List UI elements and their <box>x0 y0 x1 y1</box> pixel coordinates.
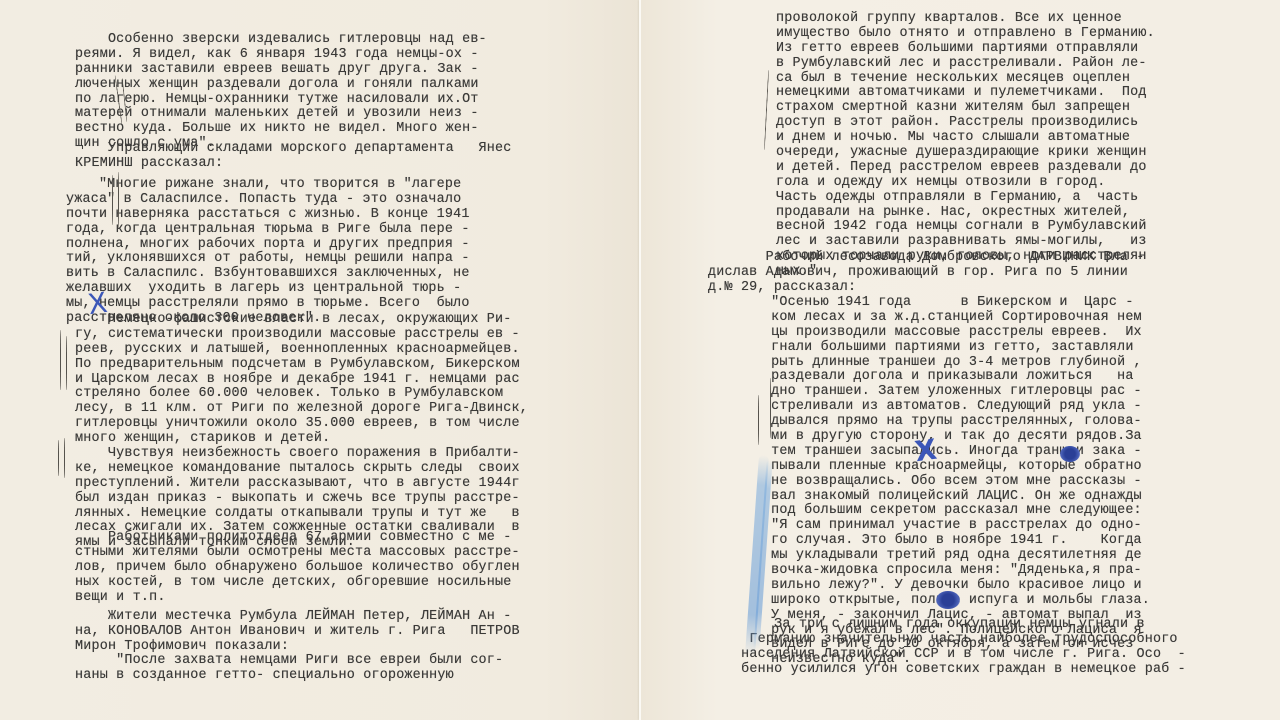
text-line: реями. Я видел, как 6 января 1943 года н… <box>75 48 487 63</box>
text-line: вестно куда. Больше их никто не видел. М… <box>75 122 487 137</box>
text-line: очереди, ужасные душераздирающие крики ж… <box>776 146 1155 161</box>
text-line: лес и заставили разравнивать ямы-могилы,… <box>776 235 1155 250</box>
text-line: населения Латвийской ССР и в том числе г… <box>700 648 1186 663</box>
text-line: Работниками политотдела 67 армии совмест… <box>75 531 520 546</box>
left-paragraph-6: Работниками политотдела 67 армии совмест… <box>75 531 520 605</box>
left-paragraph-7: Жители местечка Румбула ЛЕЙМАН Петер, ЛЕ… <box>75 610 520 655</box>
text-line: дислав Адамович, проживающий в гор. Рига… <box>708 266 1145 281</box>
text-line: мы укладывали третий ряд одна десятилетн… <box>730 549 1150 564</box>
text-line: дно траншеи. Затем уложенных гитлеровцы … <box>730 385 1150 400</box>
pencil-margin-mark <box>112 175 113 225</box>
text-line: тем траншеи засыпались. Иногда траншеи з… <box>730 445 1150 460</box>
text-line: под большим секретом рассказал мне следу… <box>730 504 1150 519</box>
text-line: матерей отнимали маленьких детей и увози… <box>75 107 487 122</box>
pencil-margin-mark <box>758 395 759 445</box>
text-line: люченных женщин раздевали догола и гонял… <box>75 78 487 93</box>
text-line: лянных. Немецкие солдаты откапывали труп… <box>75 507 520 522</box>
blue-ink-x-mark: X <box>86 289 109 319</box>
text-line: на, КОНОВАЛОВ Антон Иванович и житель г.… <box>75 625 520 640</box>
text-line: ке, немецкое командование пыталось скрыт… <box>75 462 520 477</box>
text-line: д.№ 29, рассказал: <box>708 281 1145 296</box>
text-line: реев, русских и латышей, военнопленных к… <box>75 343 528 358</box>
text-line: и днем и ночью. Мы часто слышали автомат… <box>776 131 1155 146</box>
text-line: желавших уходить в лагерь из центральной… <box>66 282 470 297</box>
right-paragraph-4: За три с лишним года оккупации немцы угн… <box>700 618 1186 678</box>
text-line: КРЕМИНШ рассказал: <box>75 157 512 172</box>
left-paragraph-1: Особенно зверски издевались гитлеровцы н… <box>75 33 487 152</box>
text-line: доступ в этот район. Расстрелы производи… <box>776 116 1155 131</box>
pencil-margin-mark <box>66 336 67 390</box>
text-line: цы производили массовые расстрелы евреев… <box>730 326 1150 341</box>
text-line: са был в течение нескольких месяцев оцеп… <box>776 72 1155 87</box>
blue-ink-blot <box>1060 446 1080 462</box>
text-line: ужаса" в Саласпилсе. Попасть туда - это … <box>66 193 470 208</box>
text-line: наны в созданное гетто- специально огоро… <box>75 669 503 684</box>
left-paragraph-3-quote-kreminsh: "Многие рижане знали, что творится в "ла… <box>66 178 470 327</box>
text-line: Управляющий складами морского департамен… <box>75 142 512 157</box>
text-line: "После захвата немцами Риги все евреи бы… <box>75 654 503 669</box>
text-line: лесу, в 11 клм. от Риги по железной доро… <box>75 402 528 417</box>
text-line: Жители местечка Румбула ЛЕЙМАН Петер, ЛЕ… <box>75 610 520 625</box>
right-paragraph-3-quote-darvinik: "Осенью 1941 года в Бикерском и Царс - к… <box>730 296 1150 668</box>
text-line: почти наверняка расстаться с жизнью. В к… <box>66 208 470 223</box>
blue-ink-blot <box>936 591 960 609</box>
pencil-margin-mark <box>58 440 59 476</box>
text-line: Рабочий лесозавода Домбровского ДАРВИНИК… <box>708 251 1145 266</box>
left-paragraph-4: Немецко-фашистские власти в лесах, окруж… <box>75 313 528 447</box>
text-line: Особенно зверски издевались гитлеровцы н… <box>75 33 487 48</box>
text-line: бенно усилился угон советских граждан в … <box>700 663 1186 678</box>
text-line: вильно лежу?". У девочки было красивое л… <box>730 579 1150 594</box>
text-line: го случая. Это было в ноябре 1941 г. Ког… <box>730 534 1150 549</box>
text-line: По предварительным подсчетам в Румбулавс… <box>75 358 528 373</box>
blue-ink-x-mark: X <box>913 436 938 467</box>
text-line: гитлеровцы уничтожили около 35.000 еврее… <box>75 417 528 432</box>
text-line: вить в Саласпилс. Взбунтовавшихся заключ… <box>66 267 470 282</box>
text-line: Немецко-фашистские власти в лесах, окруж… <box>75 313 528 328</box>
text-line: имущество было отнято и отправлено в Гер… <box>776 27 1155 42</box>
pencil-margin-mark <box>770 378 771 438</box>
pencil-margin-mark <box>60 330 61 390</box>
text-line: в Румбулавский лес и расстреливали. Райо… <box>776 57 1155 72</box>
text-line: и детей. Перед расстрелом евреев раздева… <box>776 161 1155 176</box>
text-line: проволокой группу кварталов. Все их ценн… <box>776 12 1155 27</box>
text-line: стными жителями были осмотрены места мас… <box>75 546 520 561</box>
text-line: гу, систематически производили массовые … <box>75 328 528 343</box>
text-line: Часть одежды отправляли в Германию, а ча… <box>776 191 1155 206</box>
text-line: много женщин, стариков и детей. <box>75 432 528 447</box>
right-paragraph-1: проволокой группу кварталов. Все их ценн… <box>776 12 1155 280</box>
text-line: ранники заставили евреев вешать друг дру… <box>75 63 487 78</box>
text-line: ных костей, в том числе детских, обгорев… <box>75 576 520 591</box>
text-line: Германию значительную часть наиболее тру… <box>700 633 1186 648</box>
text-line: "Многие рижане знали, что творится в "ла… <box>66 178 470 193</box>
right-paragraph-2-darvinik: Рабочий лесозавода Домбровского ДАРВИНИК… <box>708 251 1145 296</box>
text-line: раздевали догола и приказывали ложиться … <box>730 370 1150 385</box>
text-line: вещи и т.п. <box>75 591 520 606</box>
text-line: Из гетто евреев большими партиями отправ… <box>776 42 1155 57</box>
text-line: года, когда центральная тюрьма в Риге бы… <box>66 223 470 238</box>
text-line: ком лесах и за ж.д.станцией Сортировочна… <box>730 311 1150 326</box>
left-paragraph-8-quote: "После захвата немцами Риги все евреи бы… <box>75 654 503 684</box>
text-line: стреливали из автоматов. Следующий ряд у… <box>730 400 1150 415</box>
text-line: ми в другую сторону, и так до десяти ряд… <box>730 430 1150 445</box>
left-paragraph-2: Управляющий складами морского департамен… <box>75 142 512 172</box>
text-line: рыть длинные траншеи до 3-4 метров глуби… <box>730 356 1150 371</box>
text-line: За три с лишним года оккупации немцы угн… <box>700 618 1186 633</box>
text-line: лов, причем было обнаружено большое коли… <box>75 561 520 576</box>
text-line: преступлений. Жители рассказывают, что в… <box>75 477 520 492</box>
pencil-margin-mark <box>64 438 65 478</box>
text-line: вочка-жидовка спросила меня: "Дяденька,я… <box>730 564 1150 579</box>
text-line: пывали пленные красноармейцы, которые об… <box>730 460 1150 475</box>
text-line: весной 1942 года немцы согнали в Румбула… <box>776 220 1155 235</box>
text-line: страхом смертной казни жителям был запре… <box>776 101 1155 116</box>
text-line: мы, немцы расстреляли прямо в тюрьме. Вс… <box>66 297 470 312</box>
text-line: "Осенью 1941 года в Бикерском и Царс - <box>730 296 1150 311</box>
text-line: гнали большими партиями из гетто, застав… <box>730 341 1150 356</box>
text-line: был издан приказ - выкопать и сжечь все … <box>75 492 520 507</box>
text-line: гола и одежду их немцы отвозили в город. <box>776 176 1155 191</box>
text-line: дывался прямо на трупы расстрелянных, го… <box>730 415 1150 430</box>
text-line: не возвращались. Обо всем этом мне расск… <box>730 475 1150 490</box>
text-line: Чувствуя неизбежность своего поражения в… <box>75 447 520 462</box>
